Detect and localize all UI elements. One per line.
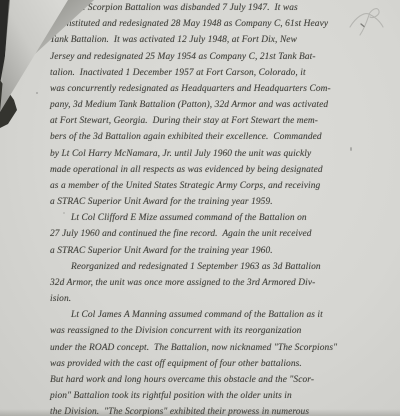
scanned-document-page: The Scorpion Battalion was disbanded 7 J…: [0, 0, 400, 416]
text-line: pion" Battalion took its rightful positi…: [50, 388, 400, 404]
paper-speck: [350, 147, 352, 151]
text-line: 32d Armor, the unit was once more assign…: [50, 275, 400, 291]
scribble-dark-dot: [361, 24, 364, 27]
text-line: was reassigned to the Division concurren…: [50, 323, 400, 339]
text-line: a STRAC Superior Unit Award for the trai…: [50, 194, 400, 210]
text-line: Lt Col James A Manning assumed command o…: [50, 307, 400, 323]
scan-edge-shading: [0, 409, 400, 416]
folded-corner-front: [0, 0, 68, 112]
text-line: But hard work and long hours overcame th…: [50, 372, 400, 388]
paper-speck: [63, 212, 65, 214]
text-line: was provided with the cast off equipment…: [50, 356, 400, 372]
pencil-scribble-icon: [342, 4, 388, 40]
folded-corner: [0, 0, 130, 150]
text-line: made operational in all respects as was …: [50, 162, 400, 178]
scribble-stroke: [350, 14, 369, 27]
text-line: a STRAC Superior Unit Award for the trai…: [50, 243, 400, 259]
text-line: as a member of the United States Strateg…: [50, 178, 400, 194]
scribble-stroke: [369, 9, 379, 18]
text-line: Reorganized and redesignated 1 September…: [50, 259, 400, 275]
text-line: under the ROAD concept. The Battalion, n…: [50, 340, 400, 356]
text-line: Lt Col Clifford E Mize assumed command o…: [50, 210, 400, 226]
text-line: 27 July 1960 and continued the fine reco…: [50, 226, 400, 242]
text-line: ision.: [50, 291, 400, 307]
